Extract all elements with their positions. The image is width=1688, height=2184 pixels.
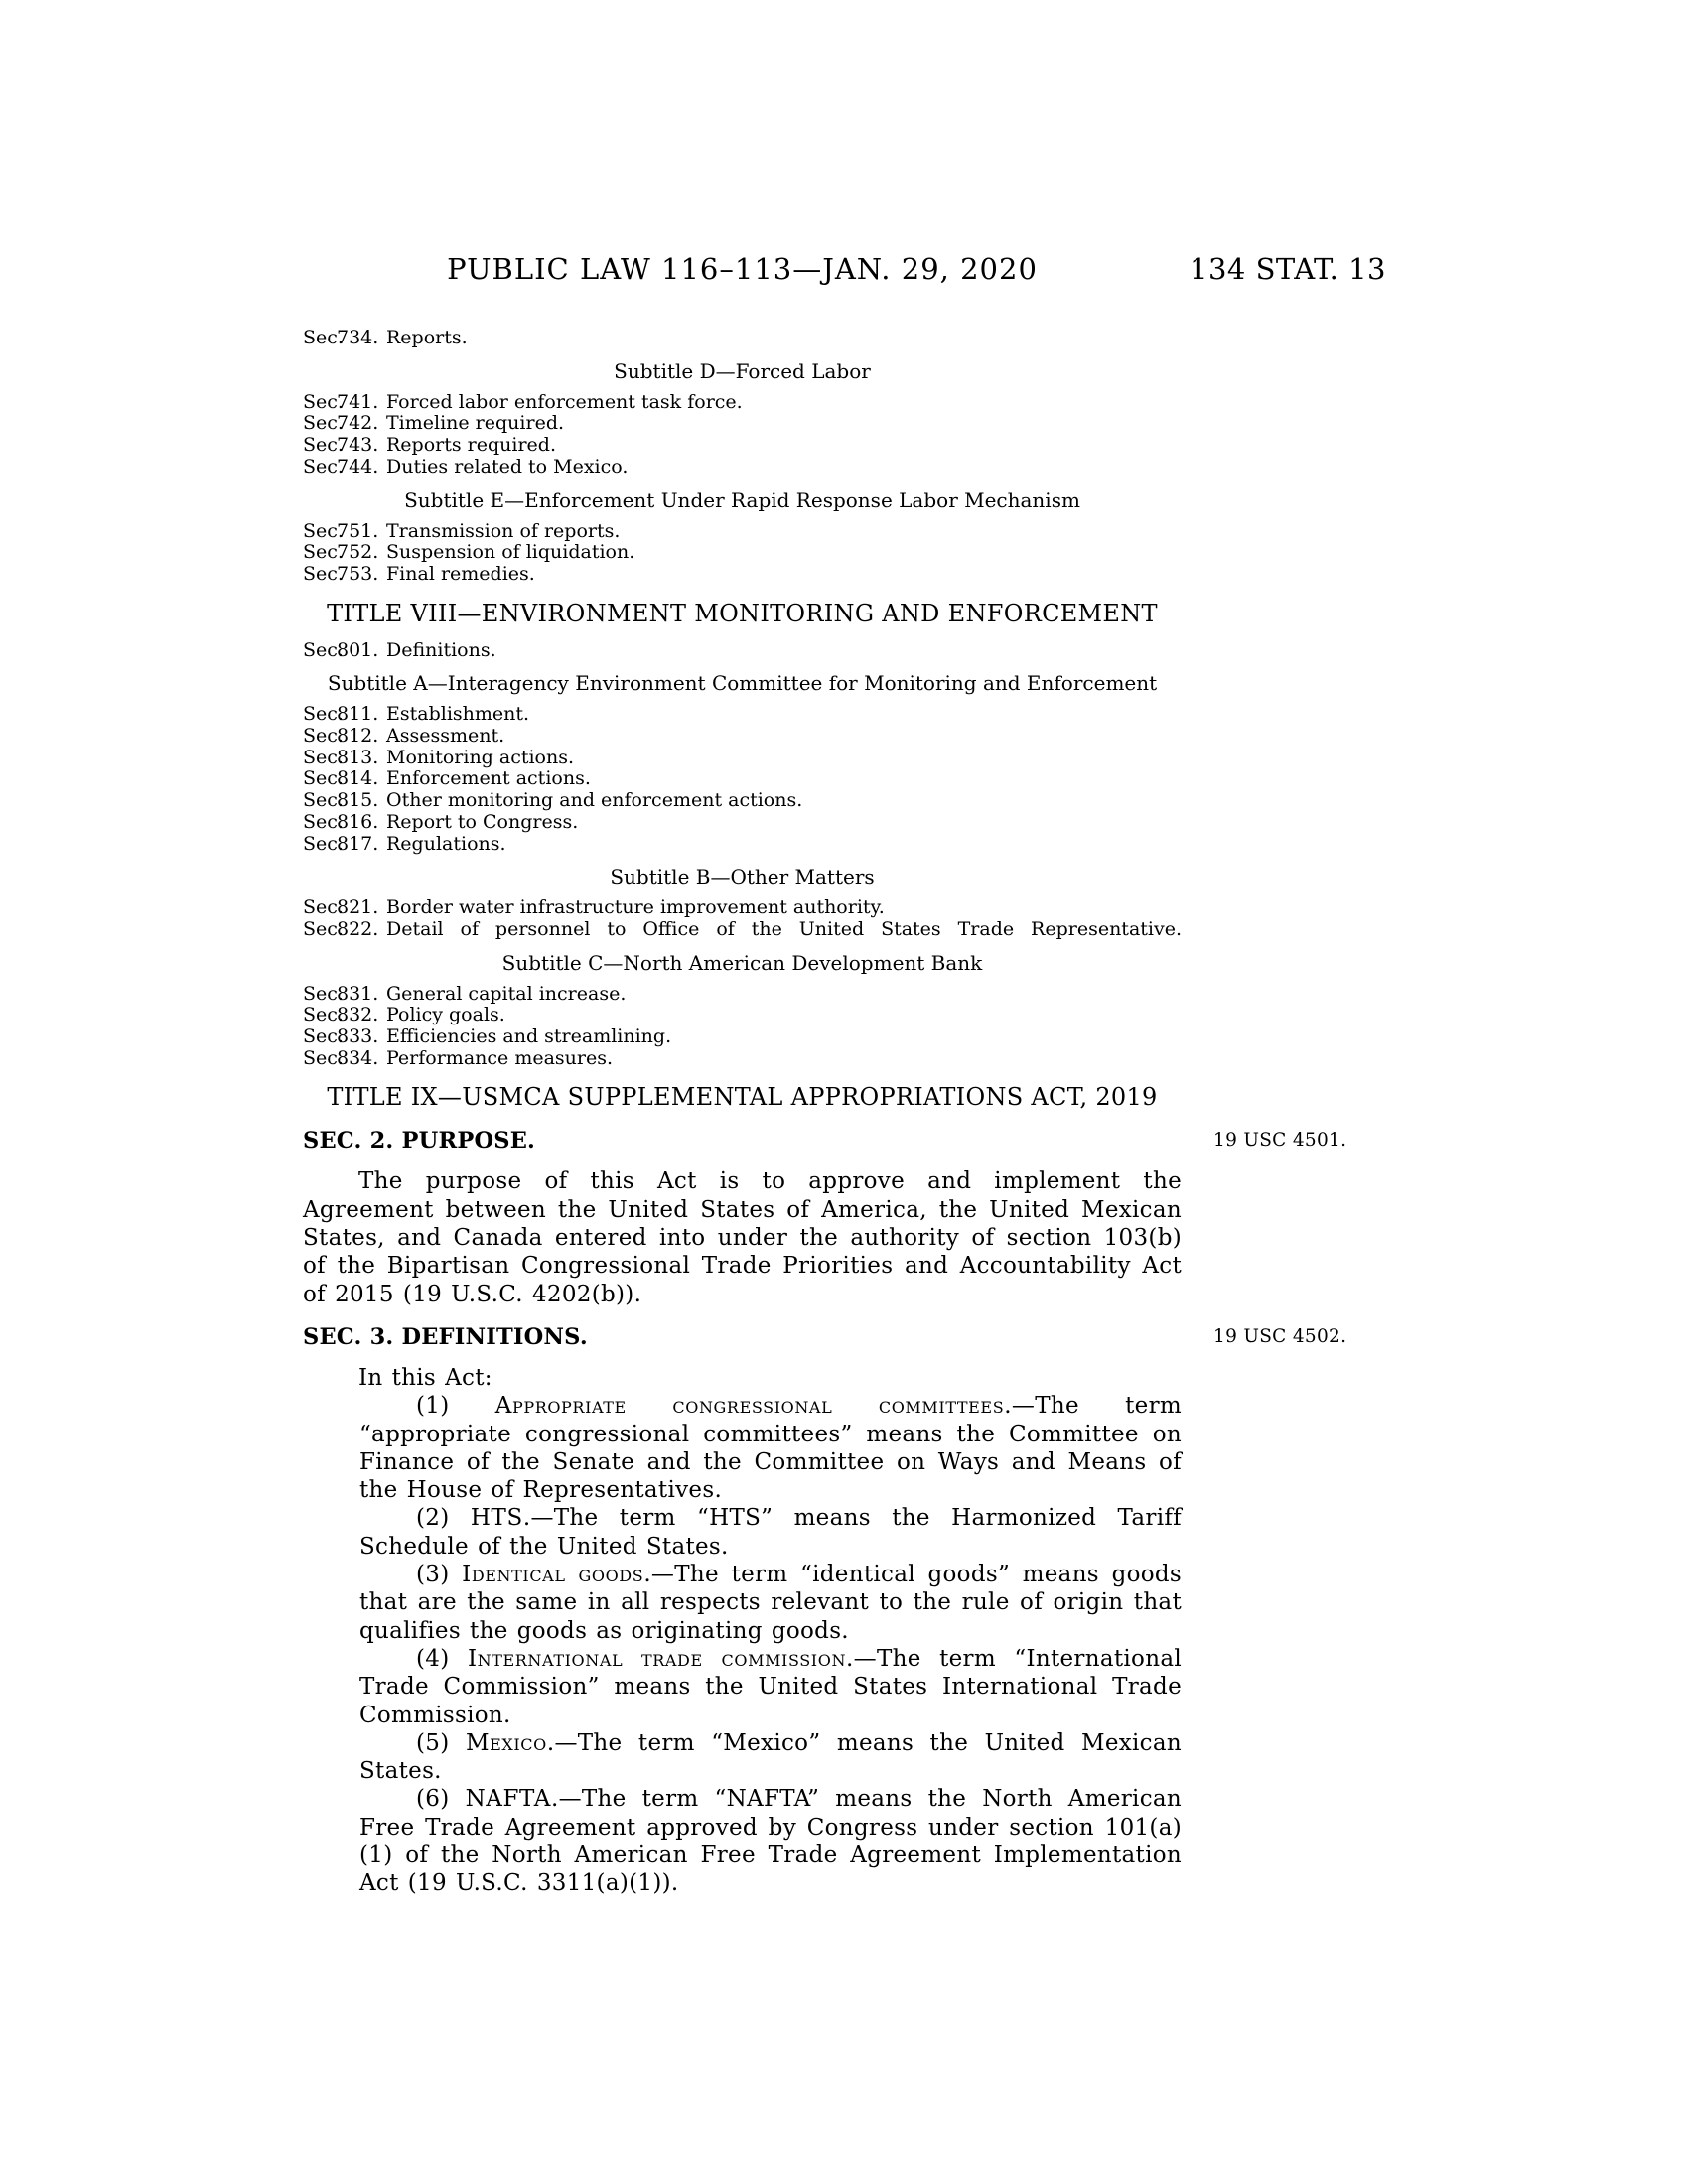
toc-entry-sec-label: Sec. <box>303 834 337 856</box>
term-separator: .— <box>1004 1393 1035 1419</box>
defined-term: NAFTA <box>466 1786 551 1812</box>
term-separator: .— <box>523 1505 554 1531</box>
toc-entry-title: General capital increase. <box>386 983 626 1005</box>
toc-entry-number: 815. <box>337 790 386 812</box>
sections: SEC. 2. PURPOSE.19 USC 4501.The purpose … <box>303 1128 1182 1897</box>
definition-paragraph: (5) Mexico.—The term “Mexico” means the … <box>359 1729 1182 1786</box>
toc-entry-number: 753. <box>337 564 386 586</box>
toc-entry-number: 833. <box>337 1026 386 1048</box>
toc-entry: Sec.813.Monitoring actions. <box>303 748 1182 769</box>
definition-paragraph: (2) HTS.—The term “HTS” means the Harmon… <box>359 1504 1182 1561</box>
toc-entry-sec-label: Sec. <box>303 1005 337 1026</box>
toc-entry-number: 811. <box>337 704 386 726</box>
toc-entry-sec-label: Sec. <box>303 768 337 790</box>
toc-entry-title: Report to Congress. <box>386 811 578 833</box>
toc-entry: Sec.822.Detail of personnel to Office of… <box>303 919 1182 941</box>
toc-entry-title: Performance measures. <box>386 1047 613 1069</box>
toc-entry-sec-label: Sec. <box>303 413 337 435</box>
toc-entry-title: Reports. <box>386 327 468 348</box>
toc-entry-number: 742. <box>337 413 386 435</box>
toc-subtitle-heading: Subtitle B—Other Matters <box>303 865 1182 888</box>
toc-entry-sec-label: Sec. <box>303 1048 337 1070</box>
toc-entry-sec-label: Sec. <box>303 640 337 662</box>
toc-entry-sec-label: Sec. <box>303 897 337 919</box>
toc-entry: Sec.816.Report to Congress. <box>303 812 1182 834</box>
toc-entry-title: Detail of personnel to Office of the Uni… <box>386 918 1182 940</box>
toc-entry: Sec.811.Establishment. <box>303 704 1182 726</box>
toc-entry-sec-label: Sec. <box>303 521 337 543</box>
toc-entry-title: Forced labor enforcement task force. <box>386 391 743 413</box>
toc-entry-title: Duties related to Mexico. <box>386 456 628 478</box>
toc-entry-title: Monitoring actions. <box>386 747 574 768</box>
toc-entry-title: Policy goals. <box>386 1004 505 1025</box>
law-section: SEC. 3. DEFINITIONS.19 USC 4502.In this … <box>303 1324 1182 1898</box>
toc-entry-sec-label: Sec. <box>303 919 337 941</box>
defined-term: International trade commission <box>468 1646 846 1672</box>
definition-number: (4) <box>416 1646 468 1672</box>
us-code-margin-note: 19 USC 4502. <box>1213 1326 1442 1348</box>
toc-entry: Sec.744.Duties related to Mexico. <box>303 457 1182 478</box>
term-separator: .— <box>643 1562 674 1587</box>
us-code-margin-note: 19 USC 4501. <box>1213 1130 1442 1152</box>
definition-number: (1) <box>416 1393 495 1419</box>
running-head-law: PUBLIC LAW 116–113—JAN. 29, 2020 <box>303 252 1182 286</box>
toc-entry: Sec.734.Reports. <box>303 328 1182 349</box>
defined-term: Appropriate congressional committees <box>495 1393 1005 1419</box>
toc-entry-title: Enforcement actions. <box>386 767 591 789</box>
toc-entry-sec-label: Sec. <box>303 435 337 457</box>
toc-entry-sec-label: Sec. <box>303 457 337 478</box>
toc-entry-number: 743. <box>337 435 386 457</box>
toc-entry: Sec.812.Assessment. <box>303 726 1182 748</box>
toc-entry-sec-label: Sec. <box>303 704 337 726</box>
toc-title-heading: TITLE IX—USMCA SUPPLEMENTAL APPROPRIATIO… <box>303 1083 1182 1112</box>
text-column: Sec.734.Reports.Subtitle D—Forced LaborS… <box>303 328 1182 1898</box>
toc-entry-sec-label: Sec. <box>303 328 337 349</box>
term-separator: .— <box>551 1786 582 1812</box>
toc-entry: Sec.833.Efficiencies and streamlining. <box>303 1026 1182 1048</box>
term-separator: .— <box>846 1646 877 1672</box>
toc-entry-number: 752. <box>337 542 386 564</box>
toc-entry-number: 741. <box>337 392 386 414</box>
toc-entry-number: 751. <box>337 521 386 543</box>
toc-entry: Sec.814.Enforcement actions. <box>303 768 1182 790</box>
toc-entry: Sec.753.Final remedies. <box>303 564 1182 586</box>
toc-entry-number: 816. <box>337 812 386 834</box>
toc-entry-number: 801. <box>337 640 386 662</box>
toc-entry: Sec.831.General capital increase. <box>303 984 1182 1006</box>
law-section: SEC. 2. PURPOSE.19 USC 4501.The purpose … <box>303 1128 1182 1307</box>
toc-entry-title: Assessment. <box>386 725 504 747</box>
section-heading: SEC. 2. PURPOSE.19 USC 4501. <box>303 1128 1182 1154</box>
definition-paragraph: (1) Appropriate congressional committees… <box>359 1392 1182 1504</box>
toc-entry: Sec.741.Forced labor enforcement task fo… <box>303 392 1182 414</box>
definition-paragraph: (6) NAFTA.—The term “NAFTA” means the No… <box>359 1785 1182 1897</box>
toc-entry-number: 813. <box>337 748 386 769</box>
toc-entry-sec-label: Sec. <box>303 392 337 414</box>
toc: Sec.734.Reports.Subtitle D—Forced LaborS… <box>303 328 1182 1112</box>
definition-number: (2) <box>416 1505 471 1531</box>
toc-entry-title: Timeline required. <box>386 412 564 434</box>
toc-entry-number: 744. <box>337 457 386 478</box>
running-head-stat: 134 STAT. 13 <box>1190 252 1386 286</box>
toc-entry-number: 821. <box>337 897 386 919</box>
toc-entry-title: Suspension of liquidation. <box>386 541 634 563</box>
toc-entry-sec-label: Sec. <box>303 748 337 769</box>
toc-entry: Sec.817.Regulations. <box>303 834 1182 856</box>
toc-entry-number: 831. <box>337 984 386 1006</box>
toc-entry: Sec.751.Transmission of reports. <box>303 521 1182 543</box>
toc-entry-number: 822. <box>337 919 386 941</box>
statute-page: PUBLIC LAW 116–113—JAN. 29, 2020 134 STA… <box>0 0 1688 2184</box>
toc-entry-sec-label: Sec. <box>303 726 337 748</box>
toc-entry: Sec.832.Policy goals. <box>303 1005 1182 1026</box>
definition-paragraph: (4) International trade commission.—The … <box>359 1645 1182 1729</box>
toc-entry-title: Final remedies. <box>386 563 535 585</box>
toc-subtitle-heading: Subtitle E—Enforcement Under Rapid Respo… <box>303 488 1182 512</box>
definition-number: (6) <box>416 1786 466 1812</box>
toc-entry-sec-label: Sec. <box>303 564 337 586</box>
body-paragraph: The purpose of this Act is to approve an… <box>303 1167 1182 1307</box>
section-heading: SEC. 3. DEFINITIONS.19 USC 4502. <box>303 1324 1182 1350</box>
toc-entry-sec-label: Sec. <box>303 542 337 564</box>
toc-entry-number: 832. <box>337 1005 386 1026</box>
defined-term: Mexico <box>466 1730 547 1756</box>
toc-entry: Sec.801.Definitions. <box>303 640 1182 662</box>
toc-entry-number: 734. <box>337 328 386 349</box>
definition-number: (3) <box>416 1562 462 1587</box>
toc-entry-sec-label: Sec. <box>303 790 337 812</box>
toc-entry-sec-label: Sec. <box>303 812 337 834</box>
toc-entry-title: Establishment. <box>386 703 529 725</box>
definition-number: (5) <box>416 1730 466 1756</box>
toc-entry-sec-label: Sec. <box>303 1026 337 1048</box>
definition-paragraph: (3) Identical goods.—The term “identical… <box>359 1561 1182 1645</box>
defined-term: Identical goods <box>462 1562 643 1587</box>
toc-entry-title: Transmission of reports. <box>386 520 620 542</box>
toc-entry: Sec.821.Border water infrastructure impr… <box>303 897 1182 919</box>
term-separator: .— <box>547 1730 578 1756</box>
toc-title-heading: TITLE VIII—ENVIRONMENT MONITORING AND EN… <box>303 600 1182 628</box>
toc-entry: Sec.742.Timeline required. <box>303 413 1182 435</box>
toc-subtitle-heading: Subtitle C—North American Development Ba… <box>303 951 1182 975</box>
toc-entry-title: Definitions. <box>386 639 496 661</box>
toc-entry-number: 817. <box>337 834 386 856</box>
toc-entry-number: 814. <box>337 768 386 790</box>
toc-entry-title: Other monitoring and enforcement actions… <box>386 789 802 811</box>
toc-subtitle-heading: Subtitle D—Forced Labor <box>303 359 1182 383</box>
toc-entry: Sec.752.Suspension of liquidation. <box>303 542 1182 564</box>
body-paragraph: In this Act: <box>303 1364 1182 1392</box>
toc-entry-title: Border water infrastructure improvement … <box>386 896 885 918</box>
toc-entry: Sec.743.Reports required. <box>303 435 1182 457</box>
toc-entry-sec-label: Sec. <box>303 984 337 1006</box>
toc-entry-title: Efficiencies and streamlining. <box>386 1025 671 1047</box>
toc-entry-title: Reports required. <box>386 434 556 456</box>
toc-subtitle-heading: Subtitle A—Interagency Environment Commi… <box>303 671 1182 695</box>
toc-entry: Sec.815.Other monitoring and enforcement… <box>303 790 1182 812</box>
toc-entry-title: Regulations. <box>386 833 506 855</box>
toc-entry-number: 812. <box>337 726 386 748</box>
defined-term: HTS <box>471 1505 523 1531</box>
toc-entry: Sec.834.Performance measures. <box>303 1048 1182 1070</box>
toc-entry-number: 834. <box>337 1048 386 1070</box>
